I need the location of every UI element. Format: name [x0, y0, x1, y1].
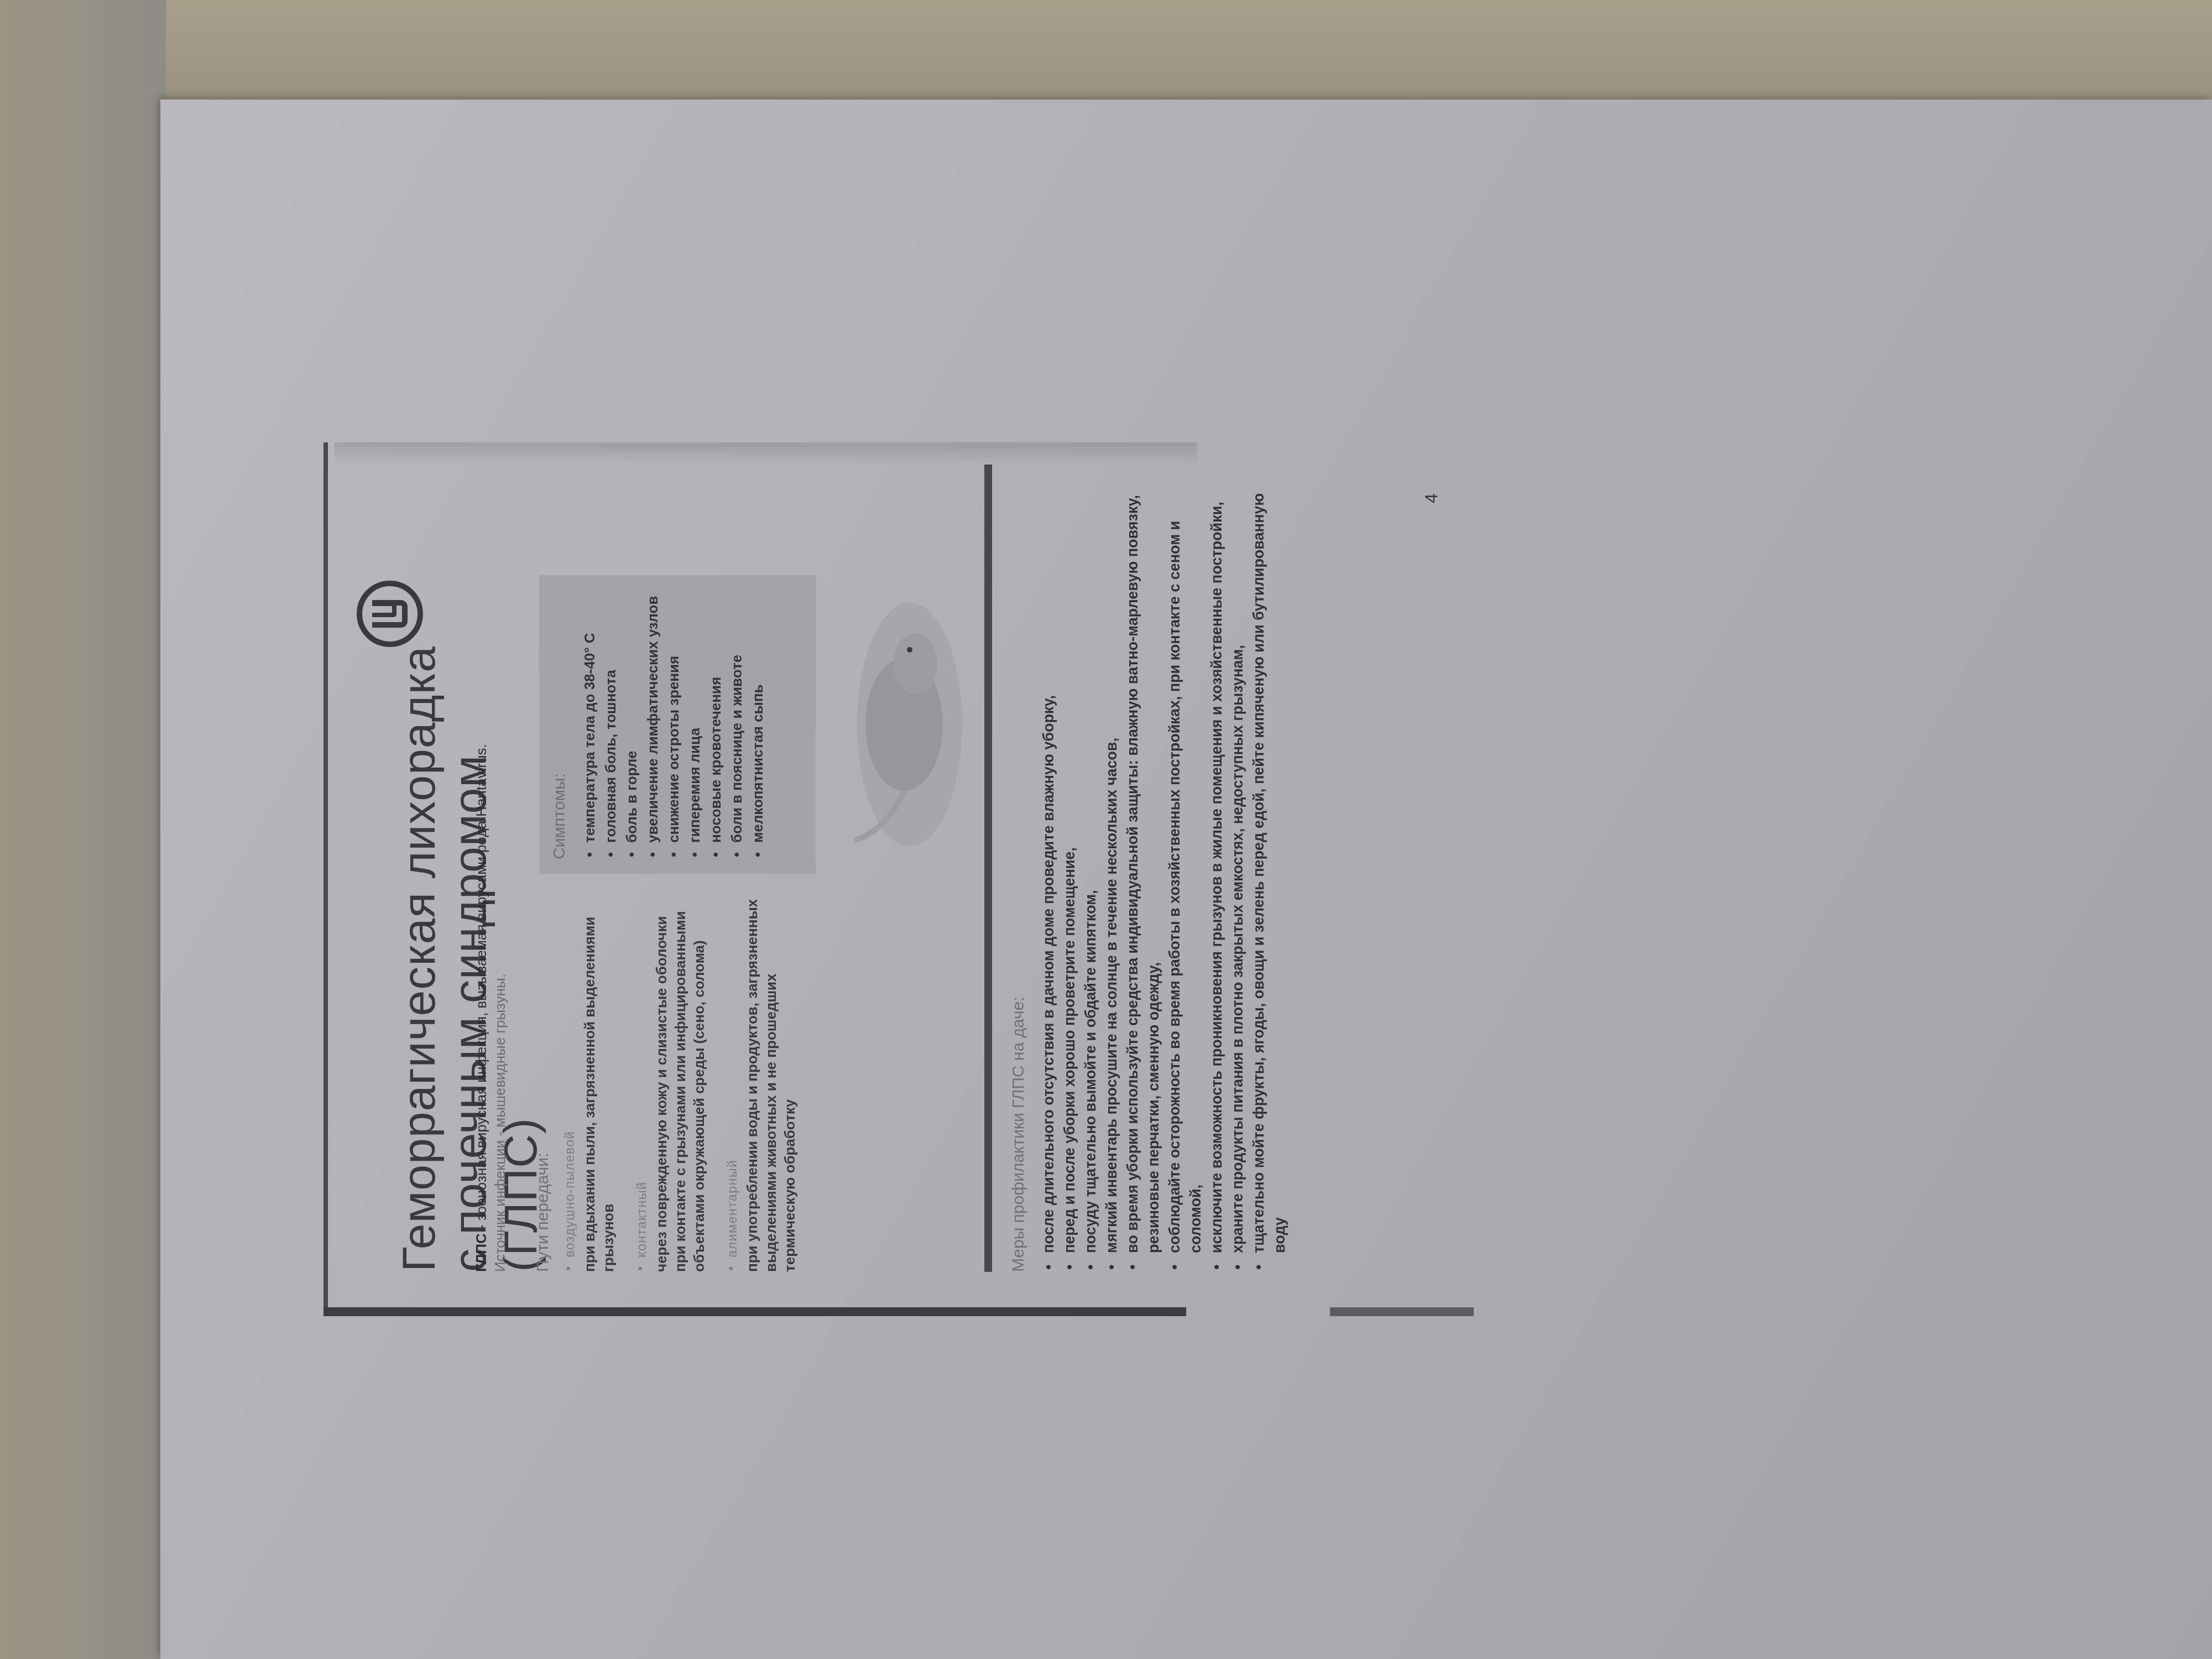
prevention-item: посуду тщательно вымойте и обдайте кипят…: [1080, 465, 1101, 1272]
route-description: при вдыхании пыли, загрязненной выделени…: [580, 896, 618, 1272]
symptom-item: боль в горле: [621, 589, 642, 859]
top-rule: [324, 442, 328, 1316]
symptoms-heading: Симптомы:: [550, 589, 569, 859]
left-accent-bar: [324, 1307, 1186, 1316]
symptom-item: увеличение лимфатических узлов: [642, 589, 663, 859]
routes-heading: Пути передачи:: [534, 896, 552, 1272]
prevention-item: тщательно мойте фрукты, ягоды, овощи и з…: [1248, 465, 1290, 1272]
route-name: воздушно-пылевой: [562, 896, 578, 1272]
prevention-section: Меры профилактики ГЛПС на даче: после дл…: [1009, 465, 1290, 1272]
prevention-item: мягкий инвентарь просушите на солнце в т…: [1101, 465, 1122, 1272]
prevention-item: исключите возможность проникновения грыз…: [1206, 465, 1227, 1272]
rodent-illustration: [832, 586, 971, 863]
prevention-list: после длительного отсутствия в дачном до…: [1038, 465, 1290, 1272]
prevention-item: во время уборки используйте средства инд…: [1122, 465, 1164, 1272]
intro-abbrev: ГЛПС: [473, 1233, 489, 1272]
symptom-item: гиперемия лица: [684, 589, 705, 859]
route-item: воздушно-пылевой при вдыхании пыли, загр…: [562, 896, 618, 1272]
intro-virus: Hantavirus.: [473, 744, 489, 817]
route-item: контактный через поврежденную кожу и сли…: [634, 896, 708, 1272]
bottom-accent-bar: [1330, 1307, 1474, 1316]
symptom-item: головная боль, тошнота: [600, 589, 621, 859]
prevention-item: перед и после уборки хорошо проветрите п…: [1059, 465, 1080, 1272]
page-shade: [335, 442, 1197, 465]
rodent-head: [893, 633, 937, 694]
rospotrebnadzor-emblem-icon: [357, 581, 423, 647]
symptom-item: температура тела до 38-40° С: [579, 589, 600, 859]
emblem-glyph: [372, 600, 408, 628]
prevention-heading: Меры профилактики ГЛПС на даче:: [1009, 465, 1028, 1272]
intro-source: Источник инфекции - мышевидные грызуны.: [492, 974, 508, 1272]
title-line-1: Геморрагическая лихорадка: [393, 646, 445, 1272]
page-number: 4: [1421, 493, 1442, 503]
leaflet-page: Геморрагическая лихорадка с почечным син…: [324, 442, 1474, 1316]
page-title: Геморрагическая лихорадка с почечным син…: [393, 608, 546, 1272]
prevention-item: храните продукты питания в плотно закрыт…: [1227, 465, 1248, 1272]
transmission-routes: Пути передачи: воздушно-пылевой при вдых…: [534, 896, 816, 1272]
tabletop-edge: [0, 0, 166, 1659]
intro-paragraph: ГЛПС - зоонозная вирусная инфекция, вызы…: [472, 487, 509, 1272]
symptom-item: боли в пояснице и животе: [726, 589, 747, 859]
intro-text: - зоонозная вирусная инфекция, вызываема…: [473, 817, 489, 1233]
symptom-item: снижение остроты зрения: [663, 589, 684, 859]
route-description: при употреблении воды и продуктов, загря…: [743, 896, 799, 1272]
prevention-item: соблюдайте осторожность во время работы …: [1164, 465, 1206, 1272]
section-divider: [984, 465, 992, 1272]
photo-background: Геморрагическая лихорадка с почечным син…: [0, 0, 2212, 1659]
symptoms-box: Симптомы: температура тела до 38-40° С г…: [539, 575, 816, 874]
symptom-item: носовые кровотечения: [705, 589, 726, 859]
rodent-eye: [907, 647, 912, 653]
symptom-item: мелкопятнистая сыпь: [747, 589, 768, 859]
symptoms-list: температура тела до 38-40° С головная бо…: [579, 589, 768, 859]
route-item: алиментарный при употреблении воды и про…: [725, 896, 799, 1272]
route-name: контактный: [634, 896, 650, 1272]
route-name: алиментарный: [725, 896, 740, 1272]
prevention-item: после длительного отсутствия в дачном до…: [1038, 465, 1059, 1272]
route-description: через поврежденную кожу и слизистые обол…: [652, 896, 708, 1272]
